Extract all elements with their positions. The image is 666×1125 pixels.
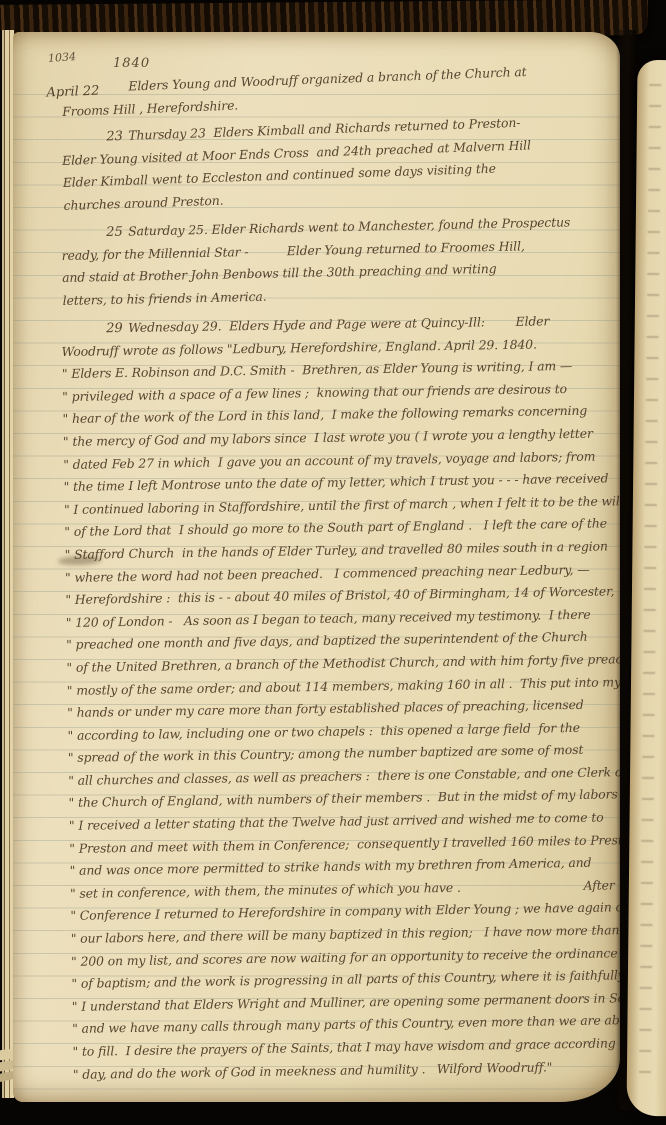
journal-page: 1034 1840 April 22Elders Young and Woodr… — [13, 32, 620, 1102]
entry-date-label: 29 — [106, 321, 123, 336]
page-number: 1034 — [48, 50, 77, 65]
adjacent-page-edge — [626, 60, 666, 1116]
entries: April 22Elders Young and Woodruff organi… — [61, 78, 620, 1086]
adjacent-page-faint-writing — [639, 84, 661, 1086]
entry-date-label: 25 — [106, 224, 123, 239]
journal-entry: 25Saturday 25. Elder Richards went to Ma… — [61, 210, 620, 312]
entry-date-label: 23 — [106, 129, 123, 145]
journal-entry: 23Thursday 23 Elders Kimball and Richard… — [61, 108, 620, 217]
entry-date-label: April 22 — [46, 84, 99, 101]
journal-entry: 29Wednesday 29. Elders Hyde and Page wer… — [61, 309, 620, 1086]
entry-lines: Wednesday 29. Elders Hyde and Page were … — [61, 309, 620, 1086]
year-heading: 1840 — [113, 56, 150, 71]
entry-lines: Saturday 25. Elder Richards went to Manc… — [61, 210, 620, 312]
entry-lines: Thursday 23 Elders Kimball and Richards … — [61, 108, 620, 217]
left-page-edges — [0, 30, 14, 1098]
journal-photograph: 1034 1840 April 22Elders Young and Woodr… — [0, 0, 666, 1125]
